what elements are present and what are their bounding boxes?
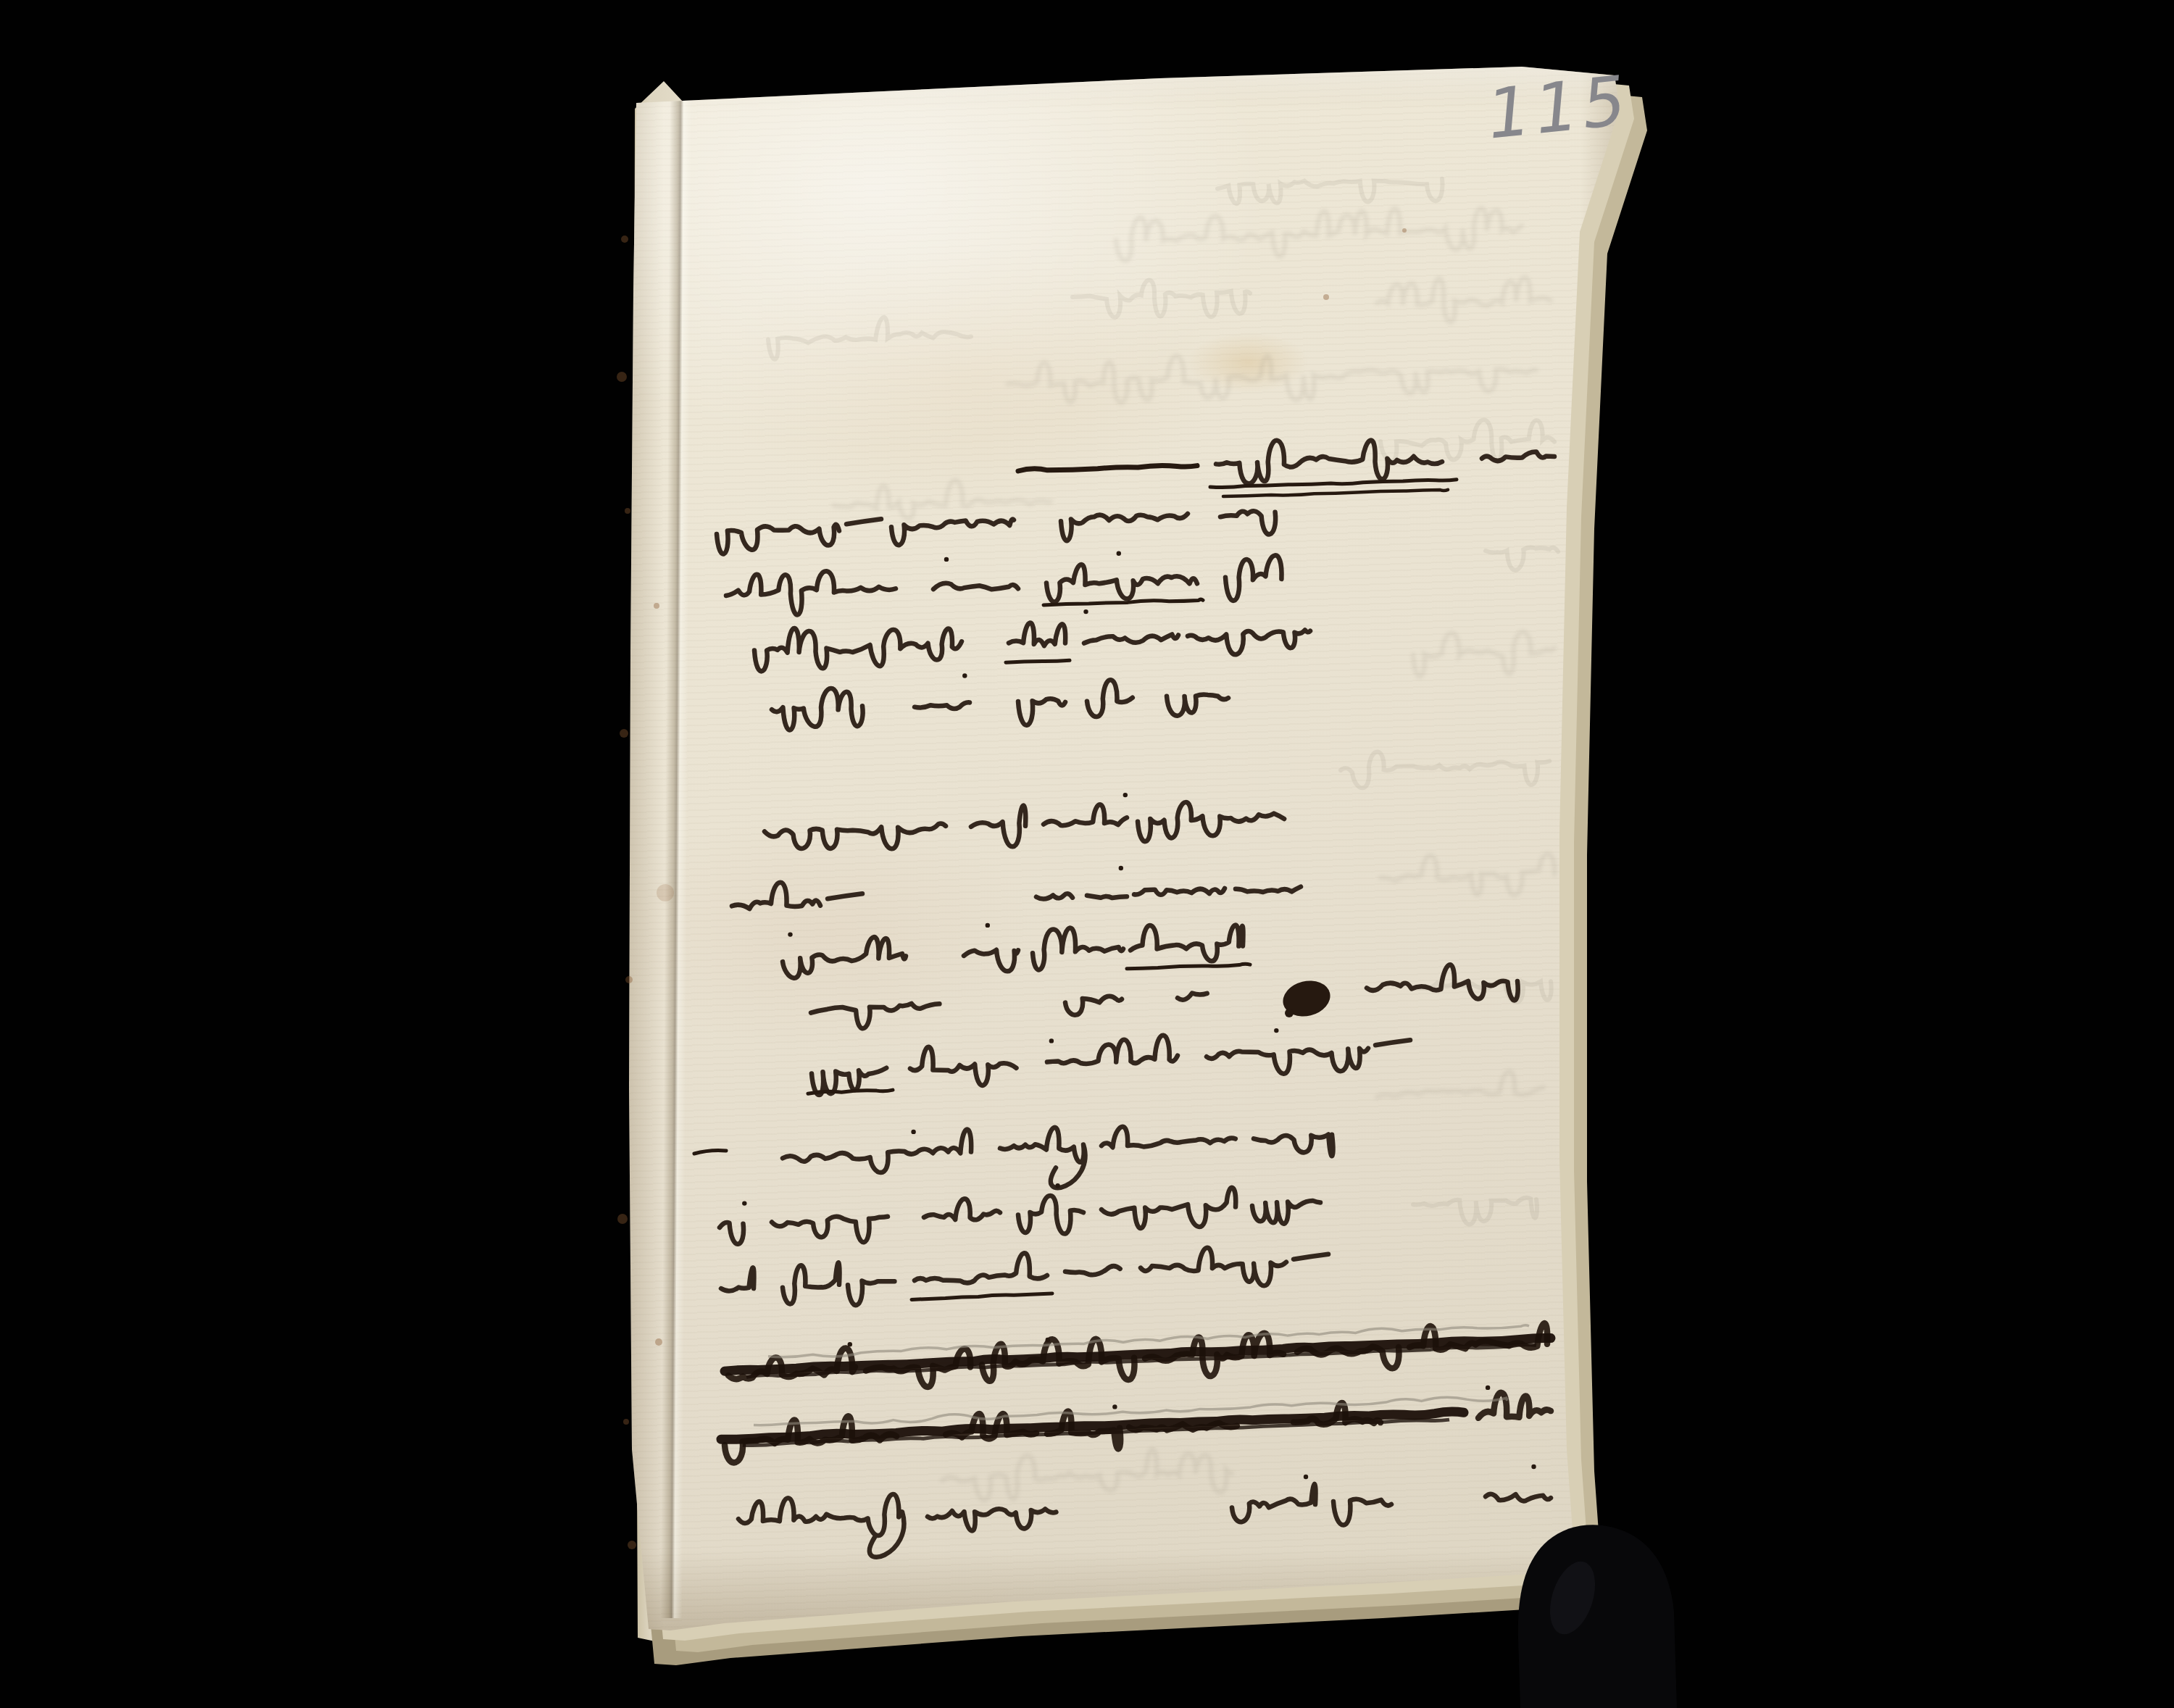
handwriting-word	[1254, 1135, 1333, 1157]
foxing-spot	[1323, 294, 1329, 300]
handwriting-word	[1009, 623, 1065, 646]
page-holder-thumb	[1518, 1525, 1677, 1708]
foxing-spot	[654, 603, 659, 609]
ink-dot	[911, 1130, 915, 1134]
underline	[1044, 599, 1203, 605]
foxing-spot	[657, 884, 674, 901]
foxing-spot	[625, 976, 633, 983]
ghost-line	[1413, 1198, 1537, 1225]
handwriting-word	[933, 583, 1018, 589]
handwriting-word	[1478, 1393, 1551, 1418]
handwriting-word	[1130, 925, 1243, 962]
ink-dot	[1049, 1038, 1054, 1043]
ink-dot	[986, 923, 990, 928]
handwriting-word	[1018, 1196, 1083, 1234]
handwriting-layer: 115	[0, 0, 2174, 1708]
ink-dot	[1055, 1183, 1059, 1188]
foxing-spot	[1402, 228, 1407, 233]
foxing-spot	[655, 1338, 662, 1346]
margin-tick	[694, 1151, 726, 1154]
handwriting-word	[1065, 996, 1122, 1015]
handwriting-word	[1061, 514, 1188, 541]
handwriting-word	[1188, 630, 1310, 654]
handwriting-word	[1044, 804, 1127, 825]
handwriting-word	[783, 937, 906, 978]
handwriting-word	[1101, 1127, 1236, 1147]
ink-dot	[848, 1342, 852, 1346]
handwriting-word	[1101, 1188, 1236, 1228]
handwriting-word	[1046, 565, 1197, 602]
ghost-line	[1486, 547, 1558, 570]
ghost-line	[833, 480, 1051, 518]
handwriting-word	[1167, 694, 1228, 715]
handwriting-word	[765, 823, 946, 849]
foxing-spot	[621, 236, 628, 243]
ink-dot	[962, 673, 967, 678]
underline	[912, 1294, 1052, 1300]
ghost-line	[1116, 208, 1522, 261]
handwriting-word	[754, 628, 962, 671]
handwriting-word	[1225, 555, 1282, 600]
handwriting-word	[915, 1253, 1047, 1283]
ghost-line	[1007, 356, 1536, 403]
ink-dot	[1117, 551, 1121, 556]
ghost-line	[1073, 280, 1250, 317]
handwriting-word	[720, 1222, 744, 1244]
handwriting-word	[783, 1262, 840, 1304]
ink-dot	[1274, 1028, 1278, 1033]
ghost-line	[1377, 1072, 1544, 1098]
handwriting-word	[1216, 441, 1442, 484]
ghost-line	[1413, 632, 1554, 677]
handwriting-word	[1047, 1036, 1178, 1064]
foxing-spot	[625, 508, 630, 514]
handwritten-ink-text	[717, 441, 1554, 1557]
ink-dot	[1304, 1475, 1308, 1479]
handwriting-word	[971, 806, 1025, 847]
underline	[808, 1090, 893, 1093]
ink-dot	[1112, 1404, 1117, 1409]
ghost-line	[1380, 854, 1554, 895]
ink-blot-splatter	[1285, 1009, 1294, 1017]
handwriting-word	[891, 519, 1014, 545]
photo-background: 115	[0, 0, 2174, 1708]
handwriting-word	[772, 1217, 888, 1242]
ink-dot	[1119, 866, 1123, 870]
ghost-line	[942, 1449, 1232, 1500]
ink-dot	[1486, 1386, 1490, 1390]
handwriting-word	[1065, 1266, 1120, 1275]
ink-dot	[944, 557, 949, 562]
handwriting-word	[1036, 893, 1073, 899]
handwriting-word	[1138, 802, 1284, 841]
handwriting-word	[928, 1509, 1056, 1530]
handwriting-word	[726, 571, 896, 615]
foxing-spot	[623, 1419, 629, 1425]
ink-dot	[1046, 1338, 1050, 1342]
handwriting-word	[910, 1047, 1017, 1086]
handwriting-word	[1134, 888, 1225, 895]
handwriting-word	[915, 702, 970, 709]
ink-dot	[742, 1201, 746, 1205]
handwriting-word	[717, 519, 881, 554]
handwriting-word	[1000, 1128, 1085, 1188]
ink-dot	[788, 932, 792, 936]
bleed-through-ghost-writing	[768, 179, 1558, 1501]
handwriting-word	[1087, 680, 1133, 717]
ink-dot	[1531, 1465, 1536, 1469]
handwriting-word	[1486, 1494, 1551, 1501]
handwriting-word	[732, 883, 862, 909]
handwriting-word	[1367, 965, 1518, 1000]
handwriting-word	[1232, 1484, 1315, 1522]
underline	[1006, 660, 1070, 662]
ink-dot	[1123, 793, 1128, 797]
page-number: 115	[1483, 62, 1634, 155]
ghost-line	[1341, 752, 1549, 788]
handwriting-word	[1207, 1040, 1410, 1073]
handwriting-word	[721, 1267, 754, 1291]
handwriting-word	[964, 950, 1018, 972]
underline	[1223, 490, 1448, 496]
handwriting-word	[1178, 993, 1207, 1000]
foxing-spot	[628, 1541, 636, 1549]
handwriting-dash	[1018, 465, 1197, 471]
foxing-spot	[617, 1214, 628, 1224]
ghost-line	[768, 317, 971, 359]
handwriting-word	[1084, 635, 1178, 643]
foxing-spot	[617, 372, 627, 382]
handwriting-word	[1333, 1499, 1391, 1525]
handwriting-word	[1033, 928, 1123, 970]
handwriting-word	[738, 1494, 904, 1557]
handwriting-word	[1141, 1248, 1328, 1286]
ghost-line	[1377, 277, 1551, 322]
ink-dot	[1083, 609, 1088, 614]
handwriting-word	[1236, 887, 1301, 892]
handwriting-word	[772, 688, 863, 730]
handwriting-word	[1018, 699, 1065, 725]
handwriting-word	[848, 1280, 894, 1305]
foxing-spot	[620, 729, 628, 738]
handwriting-word	[1252, 1201, 1320, 1224]
handwriting-word	[924, 1199, 1000, 1220]
handwriting-word	[1220, 511, 1275, 534]
underline	[1127, 964, 1250, 969]
handwriting-word	[783, 1130, 971, 1173]
handwriting-word	[1087, 896, 1127, 898]
ghost-line	[1217, 179, 1442, 204]
handwriting-word	[811, 1004, 939, 1028]
